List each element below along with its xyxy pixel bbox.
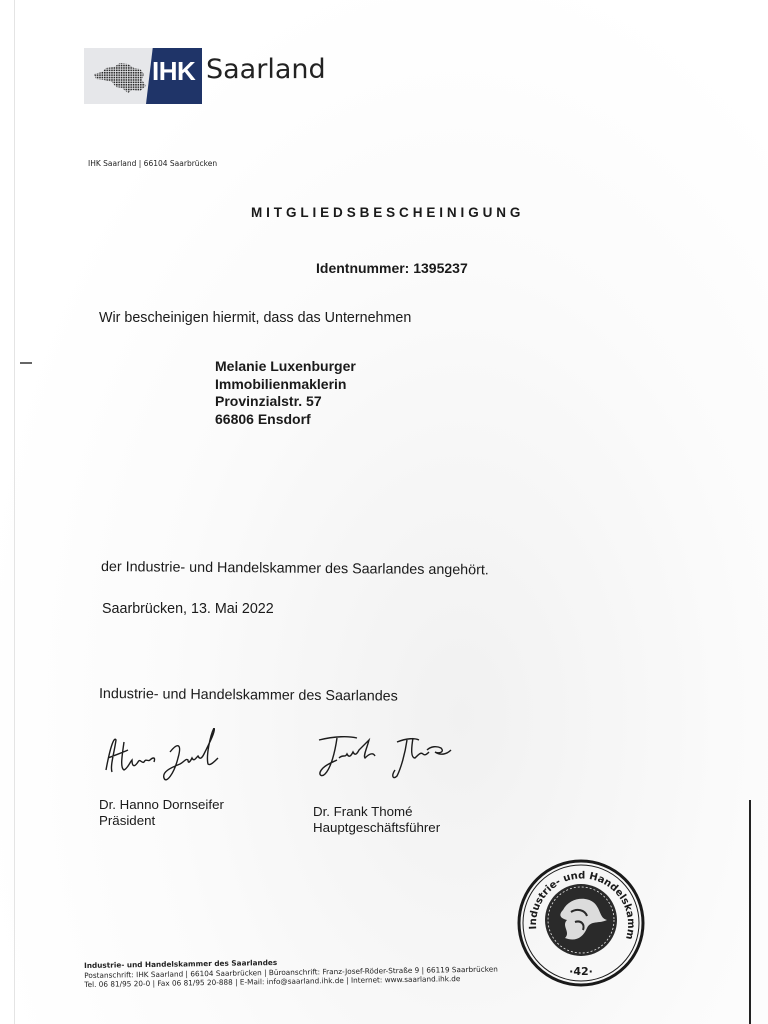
- logo-name: Saarland: [206, 54, 326, 85]
- signatory-1-role: Präsident: [99, 813, 224, 829]
- ihk-logo: IHK Saarland: [84, 48, 296, 104]
- logo-mark: IHK: [152, 56, 195, 87]
- signatory-2-role: Hauptgeschäftsführer: [313, 820, 440, 836]
- fold-mark: [20, 362, 32, 364]
- letterhead-footer: Industrie- und Handelskammer des Saarlan…: [84, 955, 498, 990]
- signatory-2: Dr. Frank Thomé Hauptgeschäftsführer: [313, 804, 440, 836]
- membership-statement: der Industrie- und Handelskammer des Saa…: [101, 559, 489, 578]
- company-profession: Immobilienmaklerin: [215, 376, 356, 394]
- sender-address-line: IHK Saarland | 66104 Saarbrücken: [88, 159, 217, 168]
- signatory-1-name: Dr. Hanno Dornseifer: [99, 797, 224, 813]
- signature-thome: [315, 728, 455, 788]
- signature-dornseifer: [100, 728, 230, 788]
- company-address-block: Melanie Luxenburger Immobilienmaklerin P…: [215, 358, 356, 428]
- official-seal: Industrie- und Handelskammer des Saarlan…: [515, 858, 647, 988]
- organization-name: Industrie- und Handelskammer des Saarlan…: [99, 686, 398, 705]
- logo-grey-panel: [84, 48, 154, 104]
- signatory-2-name: Dr. Frank Thomé: [313, 804, 440, 820]
- paper-edge-shadow: [749, 800, 751, 1024]
- scan-margin-line: [14, 0, 15, 1024]
- intro-text: Wir bescheinigen hiermit, dass das Unter…: [99, 310, 411, 326]
- place-date: Saarbrücken, 13. Mai 2022: [102, 601, 274, 617]
- seal-number: ·42·: [569, 965, 593, 978]
- company-city: 66806 Ensdorf: [215, 411, 356, 429]
- signatory-1: Dr. Hanno Dornseifer Präsident: [99, 797, 224, 829]
- ident-value: 1395237: [413, 260, 468, 276]
- document-title: MITGLIEDSBESCHEINIGUNG: [251, 205, 524, 220]
- ident-number: Identnummer: 1395237: [316, 260, 468, 276]
- company-name: Melanie Luxenburger: [215, 358, 356, 376]
- ident-label: Identnummer:: [316, 260, 409, 276]
- saarland-map-icon: [92, 60, 150, 94]
- company-street: Provinzialstr. 57: [215, 393, 356, 411]
